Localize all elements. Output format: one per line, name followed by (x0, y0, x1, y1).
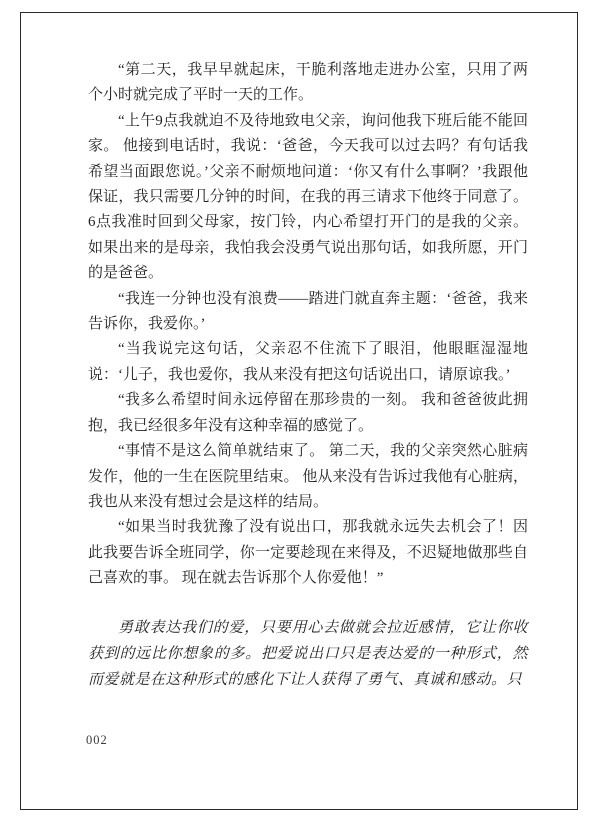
book-page: “第二天，我早早就起床，干脆利落地走进办公室，只用了两个小时就完成了平时一天的工… (0, 0, 600, 840)
paragraph: “如果当时我犹豫了没有说出口，那我就永远失去机会了！因此我要告诉全班同学，你一定… (88, 515, 528, 591)
page-number: 002 (86, 733, 108, 748)
paragraph: “第二天，我早早就起床，干脆利落地走进办公室，只用了两个小时就完成了平时一天的工… (88, 58, 528, 109)
text-block: “第二天，我早早就起床，干脆利落地走进办公室，只用了两个小时就完成了平时一天的工… (88, 58, 528, 693)
paragraph: “上午9点我就迫不及待地致电父亲，询问他我下班后能不能回家。 他接到电话时，我说… (88, 109, 528, 287)
paragraph: “我连一分钟也没有浪费——踏进门就直奔主题：‘爸爸，我来告诉你，我爱你。’ (88, 287, 528, 338)
paragraph: “我多么希望时间永远停留在那珍贵的一刻。 我和爸爸彼此拥抱，我已经很多年没有这种… (88, 388, 528, 439)
paragraph: “当我说完这句话，父亲忍不住流下了眼泪，他眼眶湿湿地说：‘儿子，我也爱你，我从来… (88, 337, 528, 388)
closing-paragraph: 勇敢表达我们的爱，只要用心去做就会拉近感情，它让你收获到的远比你想象的多。把爱说… (88, 615, 528, 693)
paragraph: “事情不是这么简单就结束了。 第二天，我的父亲突然心脏病发作，他的一生在医院里结… (88, 439, 528, 515)
